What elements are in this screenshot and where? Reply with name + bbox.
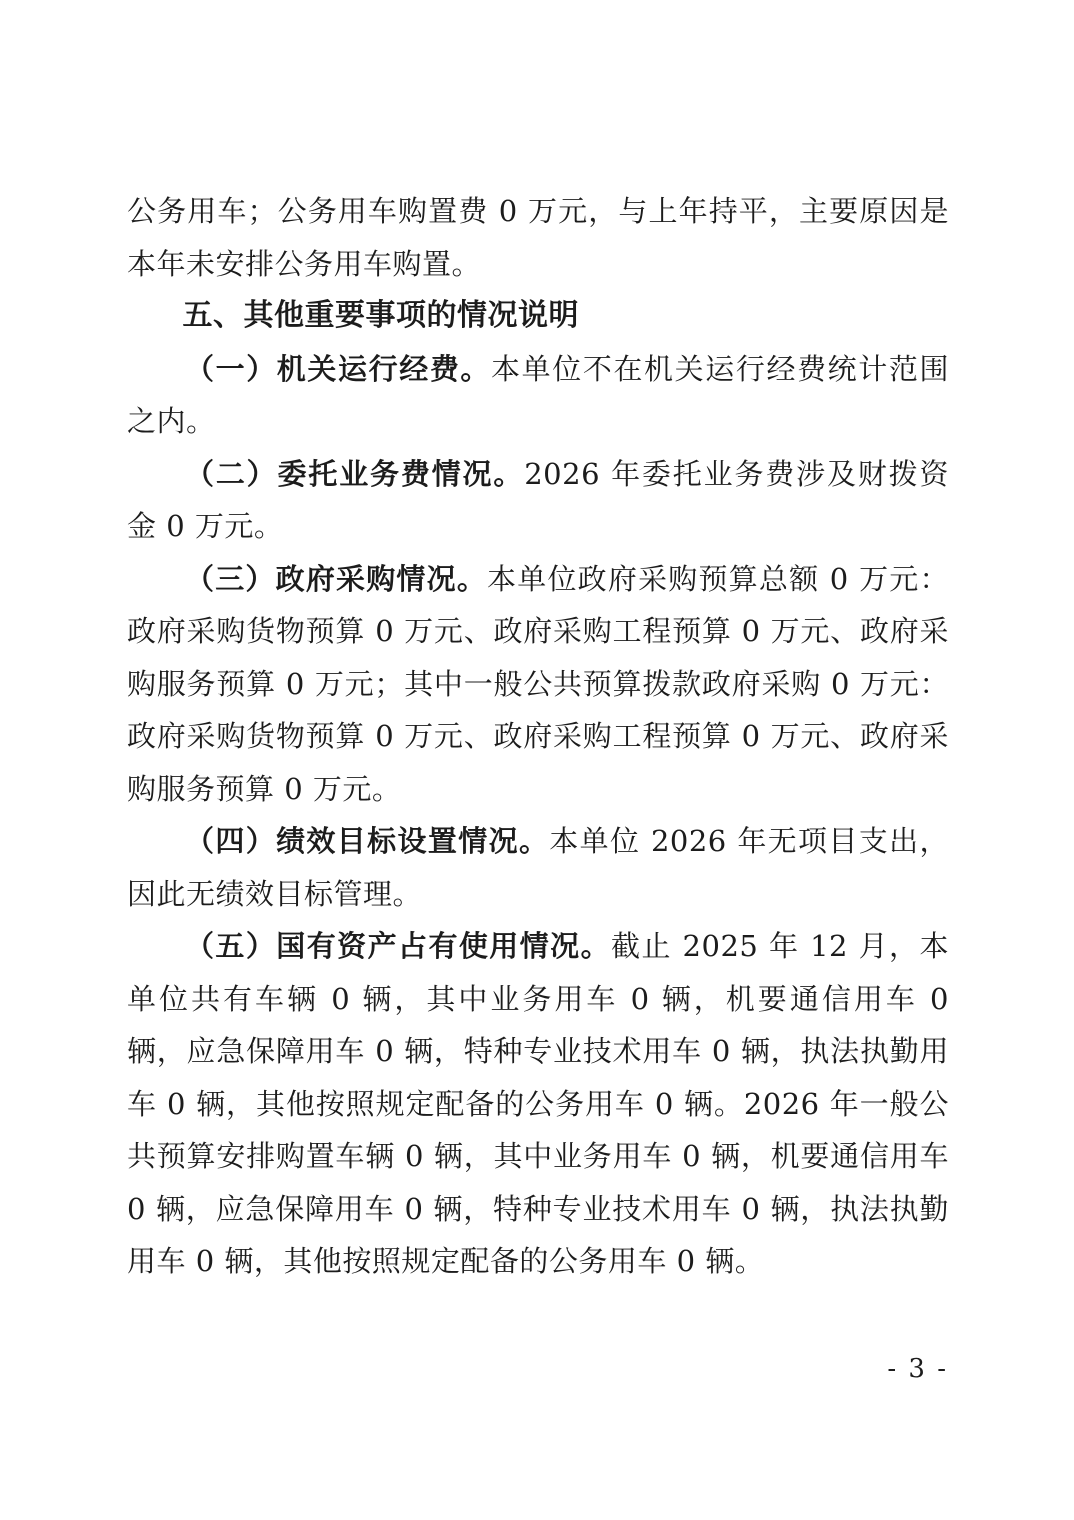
subsection-5-body: 截止 2025 年 12 月，本单位共有车辆 0 辆，其中业务用车 0 辆，机要… bbox=[127, 929, 949, 1278]
document-body: 公务用车；公务用车购置费 0 万元，与上年持平，主要原因是本年未安排公务用车购置… bbox=[127, 185, 949, 1288]
subsection-3-body: 本单位政府采购预算总额 0 万元：政府采购货物预算 0 万元、政府采购工程预算 … bbox=[127, 562, 949, 806]
section-heading: 五、其他重要事项的情况说明 bbox=[127, 290, 949, 343]
subsection-1-lead: （一）机关运行经费。 bbox=[185, 352, 491, 386]
subsection-2-paragraph: （二）委托业务费情况。2026 年委托业务费涉及财拨资金 0 万元。 bbox=[127, 448, 949, 553]
subsection-3-paragraph: （三）政府采购情况。本单位政府采购预算总额 0 万元：政府采购货物预算 0 万元… bbox=[127, 553, 949, 816]
subsection-2-lead: （二）委托业务费情况。 bbox=[185, 457, 524, 491]
page-number: - 3 - bbox=[887, 1352, 948, 1386]
document-page: 公务用车；公务用车购置费 0 万元，与上年持平，主要原因是本年未安排公务用车购置… bbox=[0, 0, 1074, 1520]
subsection-4-paragraph: （四）绩效目标设置情况。本单位 2026 年无项目支出，因此无绩效目标管理。 bbox=[127, 815, 949, 920]
subsection-1-paragraph: （一）机关运行经费。本单位不在机关运行经费统计范围之内。 bbox=[127, 343, 949, 448]
subsection-4-lead: （四）绩效目标设置情况。 bbox=[185, 824, 549, 858]
subsection-5-paragraph: （五）国有资产占有使用情况。截止 2025 年 12 月，本单位共有车辆 0 辆… bbox=[127, 920, 949, 1288]
subsection-3-lead: （三）政府采购情况。 bbox=[185, 562, 487, 596]
section-heading-text: 五、其他重要事项的情况说明 bbox=[183, 298, 580, 333]
subsection-5-lead: （五）国有资产占有使用情况。 bbox=[185, 929, 611, 963]
continuation-paragraph: 公务用车；公务用车购置费 0 万元，与上年持平，主要原因是本年未安排公务用车购置… bbox=[127, 185, 949, 290]
continuation-paragraph-text: 公务用车；公务用车购置费 0 万元，与上年持平，主要原因是本年未安排公务用车购置… bbox=[127, 194, 949, 281]
